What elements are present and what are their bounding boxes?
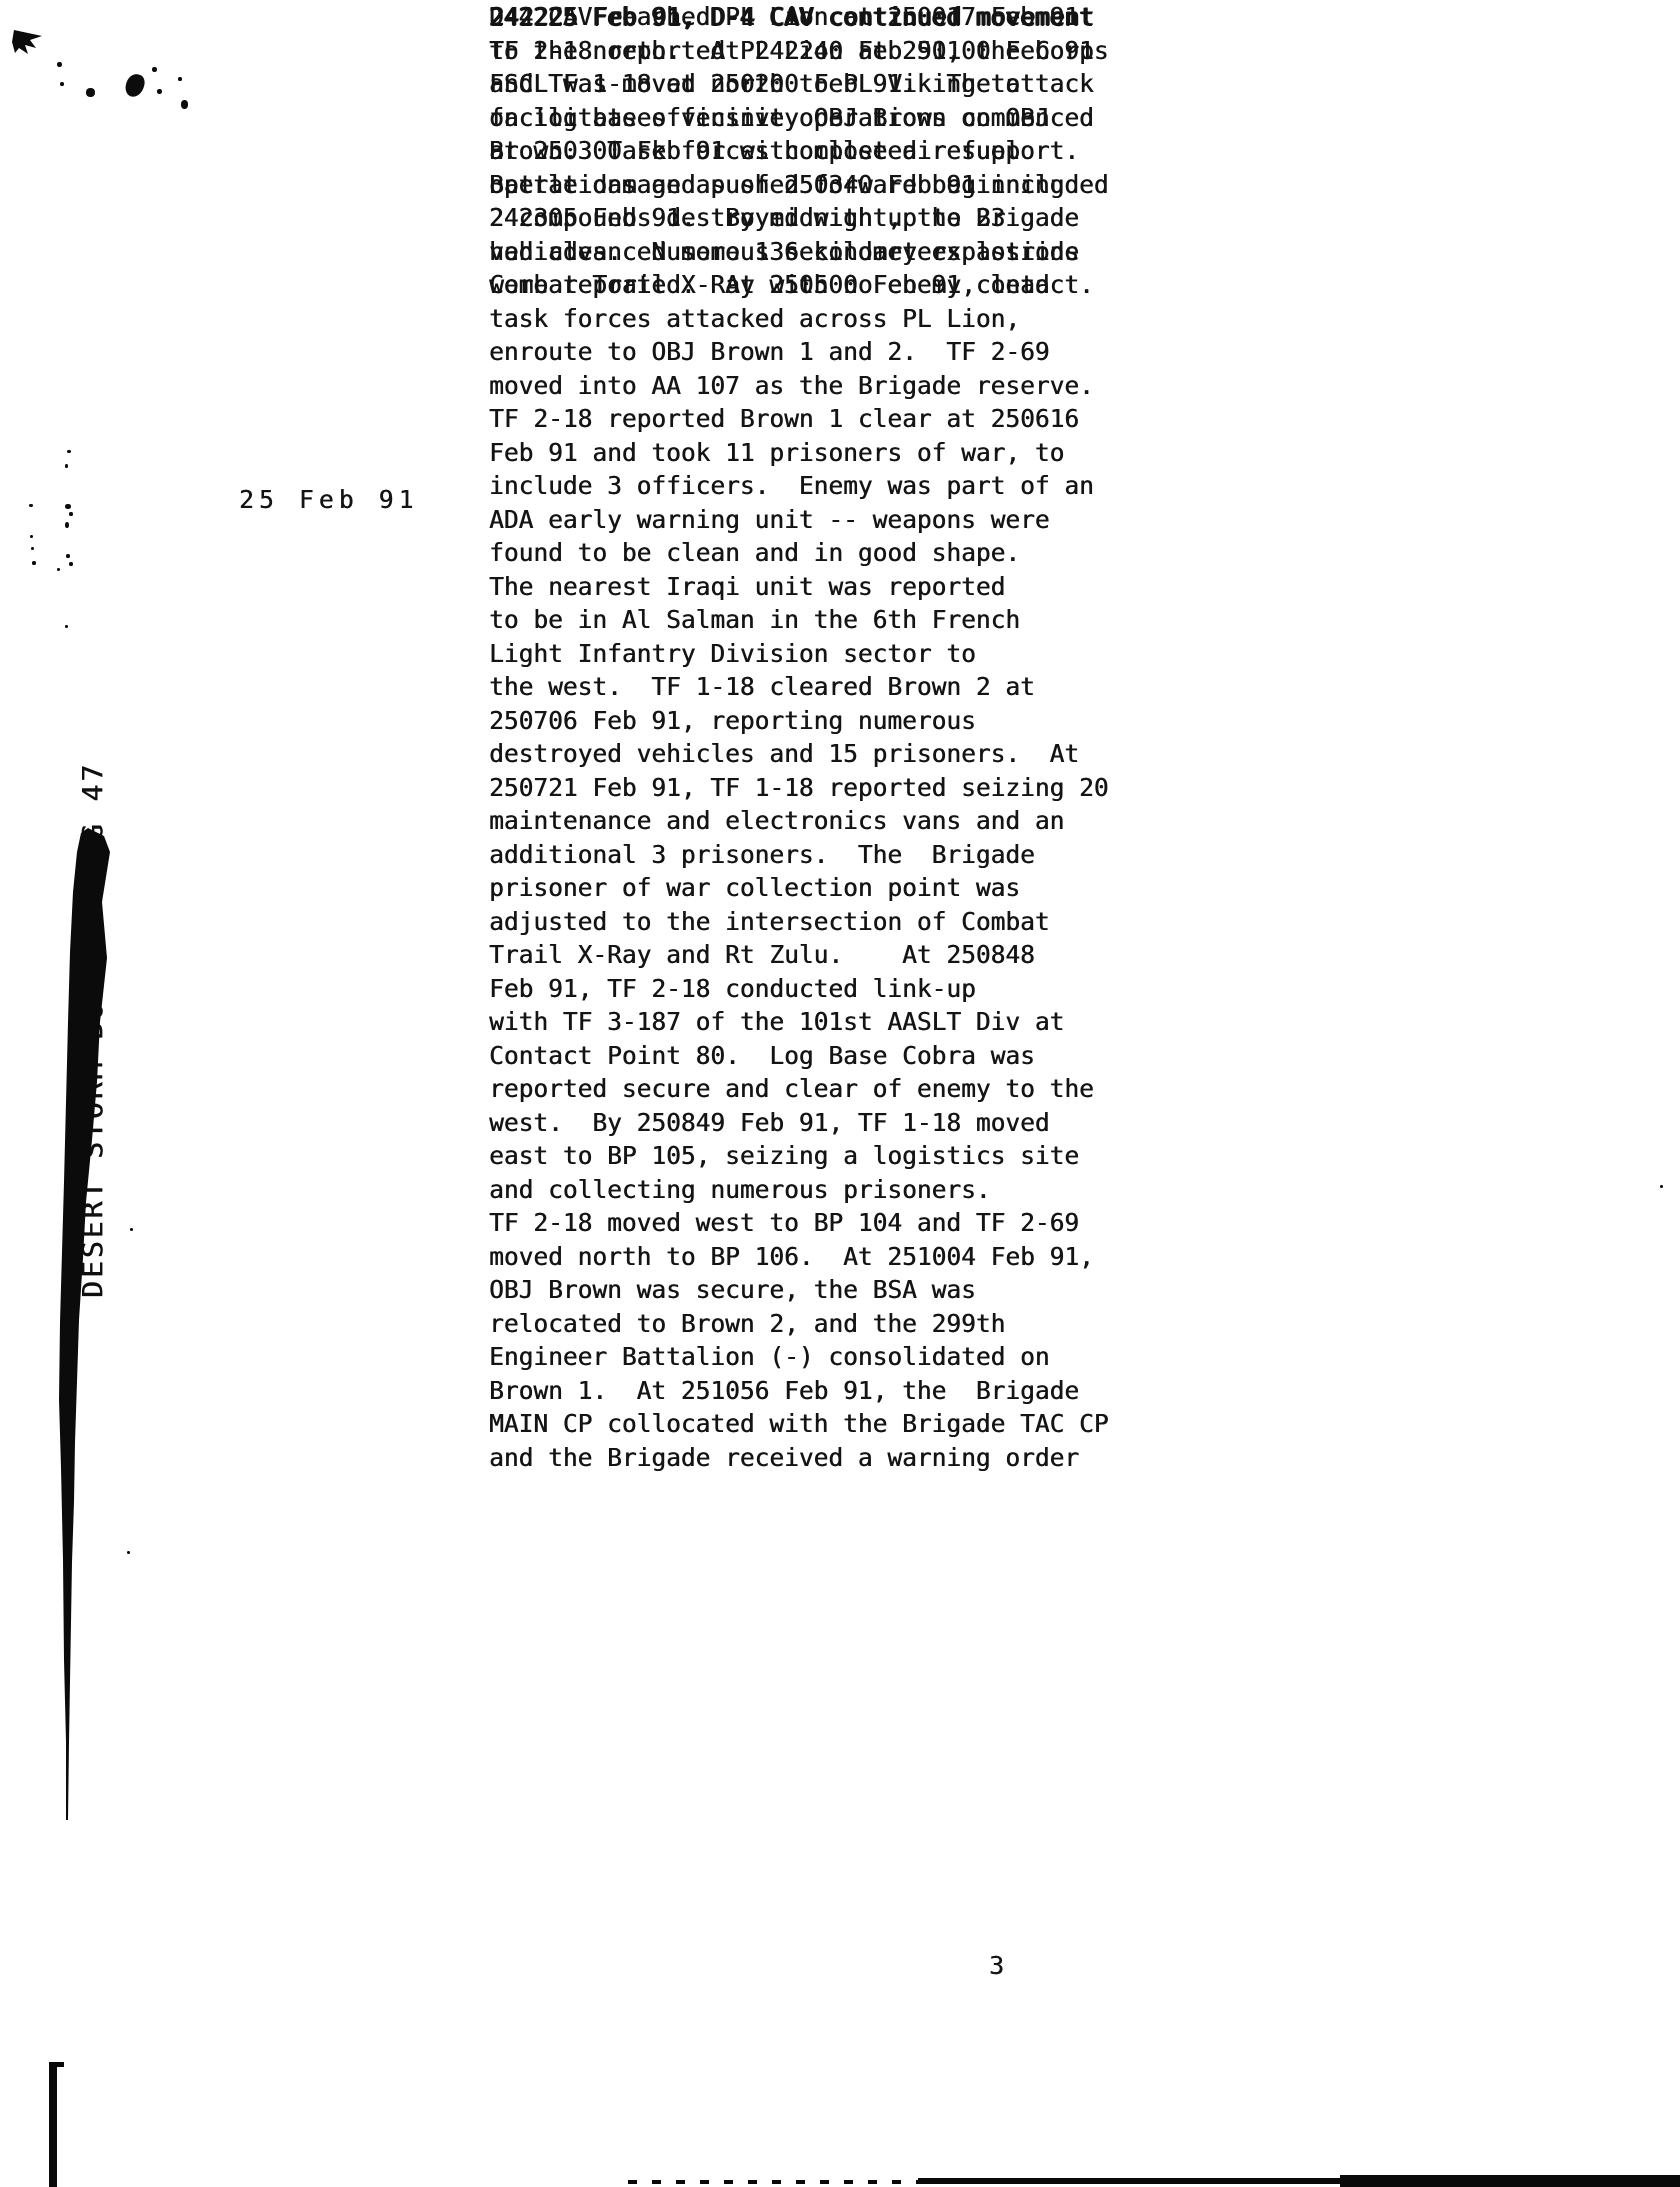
scanner-streak <box>0 0 160 1900</box>
ink-speck <box>152 67 157 72</box>
ink-speck <box>127 1551 130 1554</box>
ink-speck <box>57 62 62 67</box>
ink-speck <box>69 562 73 566</box>
bottom-scan-bar <box>628 2180 920 2184</box>
top-left-ink-mark <box>8 24 68 94</box>
ink-speck <box>67 450 71 453</box>
corner-mark <box>49 2062 57 2187</box>
corner-mark-tick <box>49 2062 64 2067</box>
ink-speck <box>60 82 64 86</box>
ink-speck <box>178 77 182 81</box>
ink-speck <box>157 89 162 94</box>
entry-body-text: D-4 CAV reached PL Lion at 250017 Feb 91… <box>489 0 1109 1474</box>
scanned-document-page: DESERT STORM BOOKLET SIG 47 242225 Feb 9… <box>0 0 1680 2187</box>
ink-speck <box>65 522 69 528</box>
page-number: 3 <box>989 1951 1004 1980</box>
ink-speck <box>69 512 73 516</box>
ink-speck <box>86 88 95 97</box>
ink-speck <box>65 504 71 509</box>
bottom-scan-bar <box>918 2178 1342 2184</box>
ink-speck <box>130 1228 133 1231</box>
bottom-scan-bar <box>1340 2175 1680 2187</box>
entry-date-label: 25 Feb 91 <box>239 483 419 517</box>
ink-speck <box>30 535 33 538</box>
ink-speck <box>65 464 68 468</box>
ink-speck <box>65 625 68 628</box>
ink-speck <box>29 504 33 507</box>
ink-speck <box>31 547 34 550</box>
ink-speck <box>1660 1185 1663 1188</box>
ink-speck <box>32 561 36 565</box>
ink-speck <box>181 100 188 109</box>
ink-speck <box>66 554 70 558</box>
ink-speck <box>57 568 60 571</box>
